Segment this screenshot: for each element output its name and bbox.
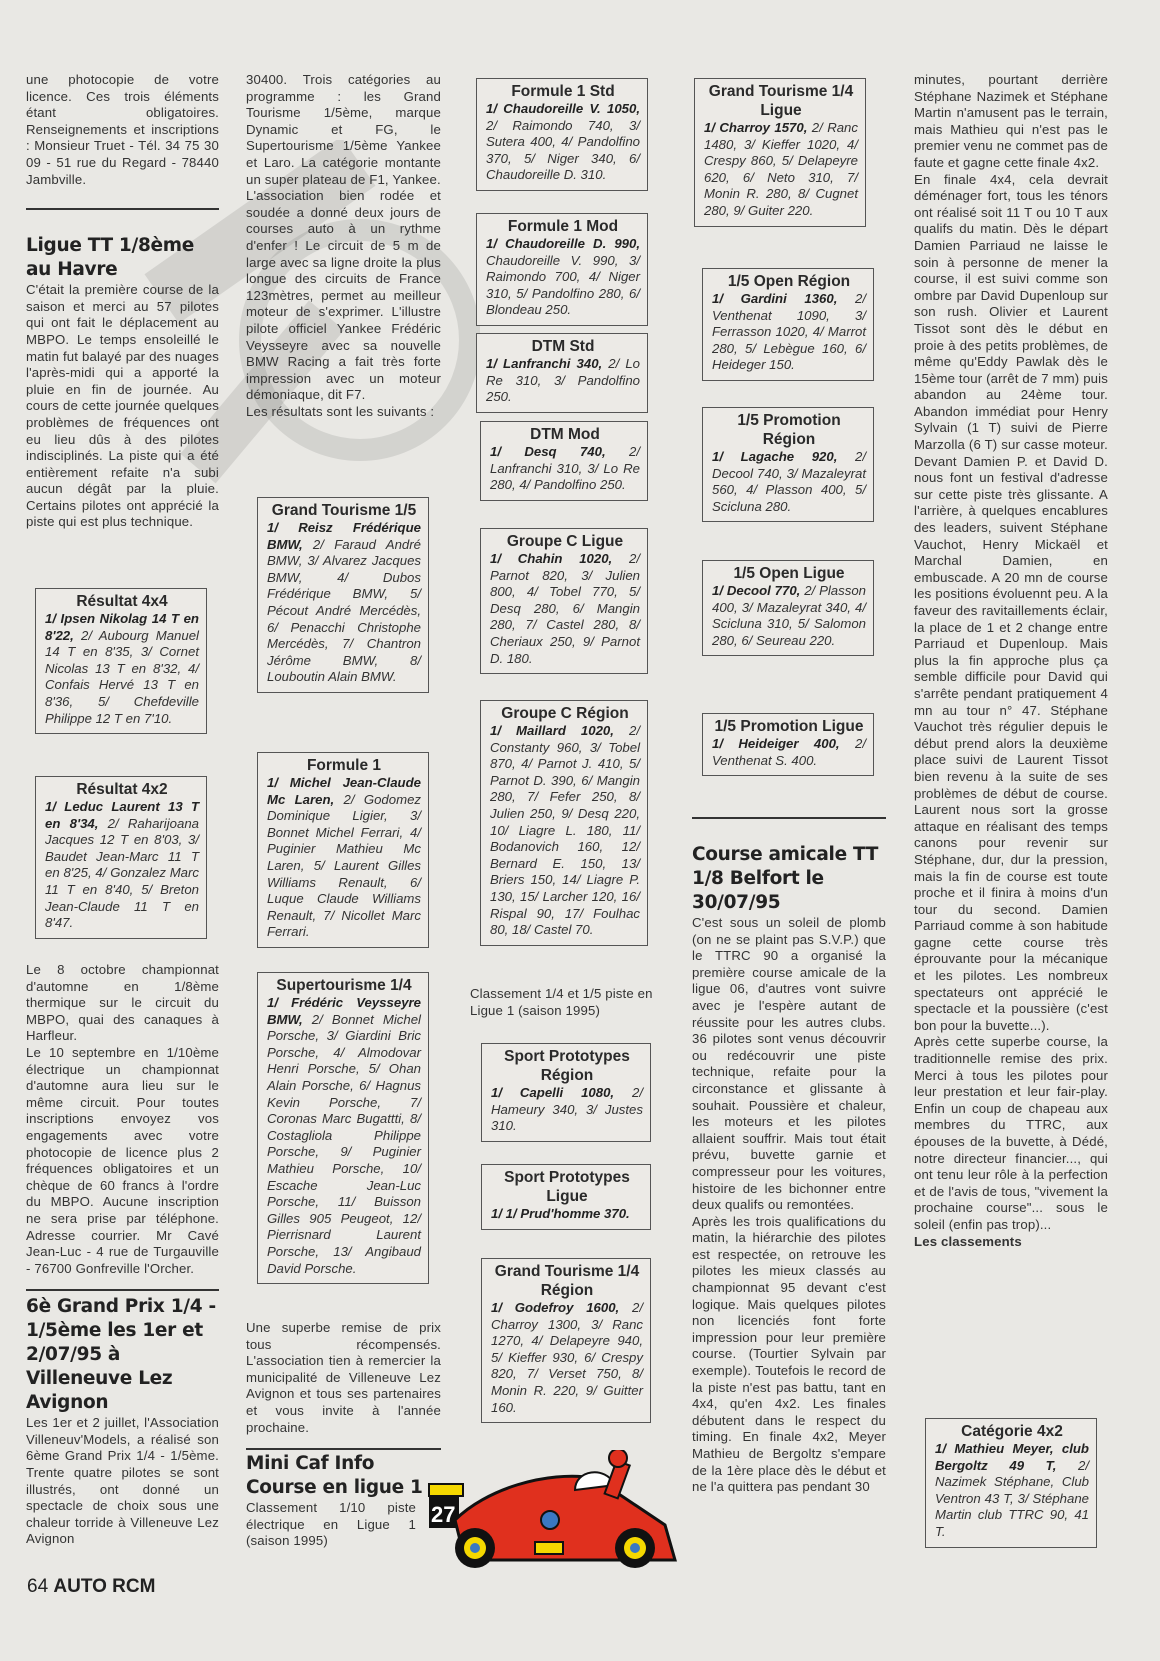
results-box-title: Catégorie 4x2 <box>935 1422 1089 1441</box>
results-box-title: Grand Tourisme 1/4 Ligue <box>704 82 858 120</box>
column-1-lower: Le 8 octobre championnat d'automne en 1/… <box>26 962 219 1548</box>
results-box-dtm-std: DTM Std 1/ Lanfranchi 340, 2/ Lo Re 310,… <box>476 333 648 413</box>
registration-paragraph: Le 10 septembre en 1/10ème électrique un… <box>26 1045 219 1277</box>
results-winner: 1/ Godefroy 1600, <box>491 1300 619 1315</box>
results-rest: 2/ Faraud André BMW, 3/ Alvarez Jacques … <box>267 537 421 685</box>
results-rest: 2/ Raimondo 740, 3/ Sutera 400, 4/ Pando… <box>486 118 640 183</box>
results-box-1-5-promotion-region: 1/5 Promotion Région 1/ Lagache 920, 2/ … <box>702 407 874 522</box>
results-box-title: 1/5 Promotion Ligue <box>712 717 866 736</box>
results-box-dtm-mod: DTM Mod 1/ Desq 740, 2/ Lanfranchi 310, … <box>480 421 648 501</box>
results-box-title: Formule 1 <box>267 756 421 775</box>
results-box-title: Formule 1 Mod <box>486 217 640 236</box>
results-box-title: Groupe C Ligue <box>490 532 640 551</box>
article-body-grand-prix: Les 1er et 2 juillet, l'Association Vill… <box>26 1415 219 1548</box>
results-winner: 1/ Charroy 1570, <box>704 120 807 135</box>
article-body-mini-caf: Classement 1/10 piste électrique en Ligu… <box>246 1500 416 1550</box>
results-rest: Chaudoreille V. 990, 3/ Raimondo 700, 4/… <box>486 253 640 318</box>
magazine-name: AUTO RCM <box>53 1576 155 1597</box>
page-footer: 64 AUTO RCM <box>27 1576 155 1598</box>
prize-ceremony-paragraph: Après cette superbe course, la tradition… <box>914 1034 1108 1233</box>
results-box-1-5-open-ligue: 1/5 Open Ligue 1/ Decool 770, 2/ Plasson… <box>702 560 874 656</box>
results-intro: Les résultats sont les suivants : <box>246 404 441 421</box>
results-box-title: DTM Std <box>486 337 640 356</box>
finale-4x4-paragraph: En finale 4x4, cela devrait déménager fo… <box>914 172 1108 1035</box>
results-box-title: DTM Mod <box>490 425 640 444</box>
intro-paragraph: une photocopie de votre licence. Ces tro… <box>26 72 219 188</box>
results-rest: 2/ Parnot 820, 3/ Julien 800, 4/ Tobel 7… <box>490 551 640 666</box>
association-paragraph: L'association bien rodée et soudée a don… <box>246 188 441 404</box>
results-box-formule-1: Formule 1 1/ Michel Jean-Claude Mc Laren… <box>257 752 429 948</box>
article-body-course-amicale-1: C'est sous un soleil de plomb (on ne se … <box>692 915 886 1214</box>
results-box-title: 1/5 Promotion Région <box>712 411 866 449</box>
results-box-title: Résultat 4x2 <box>45 780 199 799</box>
results-box-title: Supertourisme 1/4 <box>267 976 421 995</box>
results-winner: 1/ Capelli 1080, <box>491 1085 614 1100</box>
section-divider <box>26 208 219 210</box>
article-title-ligue-tt-havre: Ligue TT 1/8ème au Havre <box>26 234 219 282</box>
column-4-lower: Course amicale TT 1/8 Belfort le 30/07/9… <box>692 817 886 1496</box>
section-divider <box>246 1448 441 1450</box>
classement-1-4-1-5-caption: Classement 1/4 et 1/5 piste en Ligue 1 (… <box>470 986 666 1019</box>
results-winner: 1/ Gardini 1360, <box>712 291 837 306</box>
results-box-title: Formule 1 Std <box>486 82 640 101</box>
results-rest: 2/ Raharijoana Jacques 12 T en 8'03, 3/ … <box>45 816 199 931</box>
results-box-sport-prototypes-ligue: Sport Prototypes Ligue 1/ 1/ Prud'homme … <box>481 1164 651 1230</box>
results-box-supertourisme-1-4: Supertourisme 1/4 1/ Frédéric Veysseyre … <box>257 972 429 1284</box>
results-box-groupe-c-ligue: Groupe C Ligue 1/ Chahin 1020, 2/ Parnot… <box>480 528 648 674</box>
column-1: une photocopie de votre licence. Ces tro… <box>26 72 219 531</box>
results-box-formule-1-std: Formule 1 Std 1/ Chaudoreille V. 1050, 2… <box>476 78 648 191</box>
column-5: minutes, pourtant derrière Stéphane Nazi… <box>914 72 1108 1250</box>
column-2: 30400. Trois catégories au programme : l… <box>246 72 441 420</box>
article-body-course-amicale-2: Après les trois qualifications du matin,… <box>692 1214 886 1496</box>
article-subtitle-course-ligue: Course en ligue 1 <box>246 1476 441 1500</box>
column-2-lower: Une superbe remise de prix tous récompen… <box>246 1320 441 1550</box>
finale-4x2-paragraph: minutes, pourtant derrière Stéphane Nazi… <box>914 72 1108 172</box>
results-box-4x2: Résultat 4x2 1/ Leduc Laurent 13 T en 8'… <box>35 776 207 939</box>
results-box-sport-prototypes-region: Sport Prototypes Région 1/ Capelli 1080,… <box>481 1043 651 1142</box>
article-title-course-amicale: Course amicale TT 1/8 Belfort le 30/07/9… <box>692 843 886 915</box>
results-box-1-5-open-region: 1/5 Open Région 1/ Gardini 1360, 2/ Vent… <box>702 268 874 381</box>
section-divider <box>26 1289 219 1291</box>
results-box-title: 1/5 Open Région <box>712 272 866 291</box>
results-box-title: Résultat 4x4 <box>45 592 199 611</box>
prize-paragraph: Une superbe remise de prix tous récompen… <box>246 1320 441 1436</box>
results-box-formule-1-mod: Formule 1 Mod 1/ Chaudoreille D. 990, Ch… <box>476 213 648 326</box>
results-winner: 1/ Lagache 920, <box>712 449 837 464</box>
results-winner: 1/ Decool 770, <box>712 583 800 598</box>
results-rest: 2/ Charroy 1300, 3/ Ranc 1270, 4/ Delape… <box>491 1300 643 1415</box>
results-rest: 2/ Bonnet Michel Porsche, 3/ Giardini Br… <box>267 1012 421 1276</box>
results-rest: 2/ Godomez Dominique Ligier, 3/ Bonnet M… <box>267 792 421 940</box>
section-divider <box>692 817 886 819</box>
results-box-title: Sport Prototypes Ligue <box>491 1168 643 1206</box>
results-rest: 2/ Constanty 960, 3/ Tobel 870, 4/ Parno… <box>490 723 640 937</box>
car-number: 27 <box>431 1502 455 1527</box>
results-box-title: Grand Tourisme 1/4 Région <box>491 1262 643 1300</box>
results-box-groupe-c-region: Groupe C Région 1/ Maillard 1020, 2/ Con… <box>480 700 648 946</box>
results-winner: 1/ Maillard 1020, <box>490 723 614 738</box>
results-winner: 1/ Chahin 1020, <box>490 551 612 566</box>
championship-paragraph: Le 8 octobre championnat d'automne en 1/… <box>26 962 219 1045</box>
results-box-categorie-4x2: Catégorie 4x2 1/ Mathieu Meyer, club Ber… <box>925 1418 1097 1548</box>
classements-label: Les classements <box>914 1234 1108 1251</box>
article-title-mini-caf: Mini Caf Info <box>246 1452 441 1476</box>
results-winner: 1/ Chaudoreille V. 1050, <box>486 101 640 116</box>
article-title-grand-prix: 6è Grand Prix 1/4 - 1/5ème les 1er et 2/… <box>26 1295 219 1415</box>
categories-paragraph: 30400. Trois catégories au programme : l… <box>246 72 441 188</box>
results-winner: 1/ Heideiger 400, <box>712 736 840 751</box>
results-box-grand-tourisme-1-5: Grand Tourisme 1/5 1/ Reisz Frédérique B… <box>257 497 429 693</box>
results-winner: 1/ Desq 740, <box>490 444 606 459</box>
results-box-4x4: Résultat 4x4 1/ Ipsen Nikolag 14 T en 8'… <box>35 588 207 734</box>
results-winner: 1/ Chaudoreille D. 990, <box>486 236 640 251</box>
results-box-title: Groupe C Région <box>490 704 640 723</box>
results-box-title: Grand Tourisme 1/5 <box>267 501 421 520</box>
results-box-grand-tourisme-1-4-ligue: Grand Tourisme 1/4 Ligue 1/ Charroy 1570… <box>694 78 866 227</box>
results-winner: 1/ Lanfranchi 340, <box>486 356 602 371</box>
results-box-title: Sport Prototypes Région <box>491 1047 643 1085</box>
results-box-grand-tourisme-1-4-region: Grand Tourisme 1/4 Région 1/ Godefroy 16… <box>481 1258 651 1423</box>
page-number: 64 <box>27 1576 48 1597</box>
results-box-title: 1/5 Open Ligue <box>712 564 866 583</box>
article-body-ligue-tt-havre: C'était la première course de la saison … <box>26 282 219 531</box>
results-winner: 1/ 1/ Prud'homme 370. <box>491 1206 630 1221</box>
results-box-1-5-promotion-ligue: 1/5 Promotion Ligue 1/ Heideiger 400, 2/… <box>702 713 874 776</box>
race-car-illustration-icon: 27 <box>425 1450 680 1570</box>
